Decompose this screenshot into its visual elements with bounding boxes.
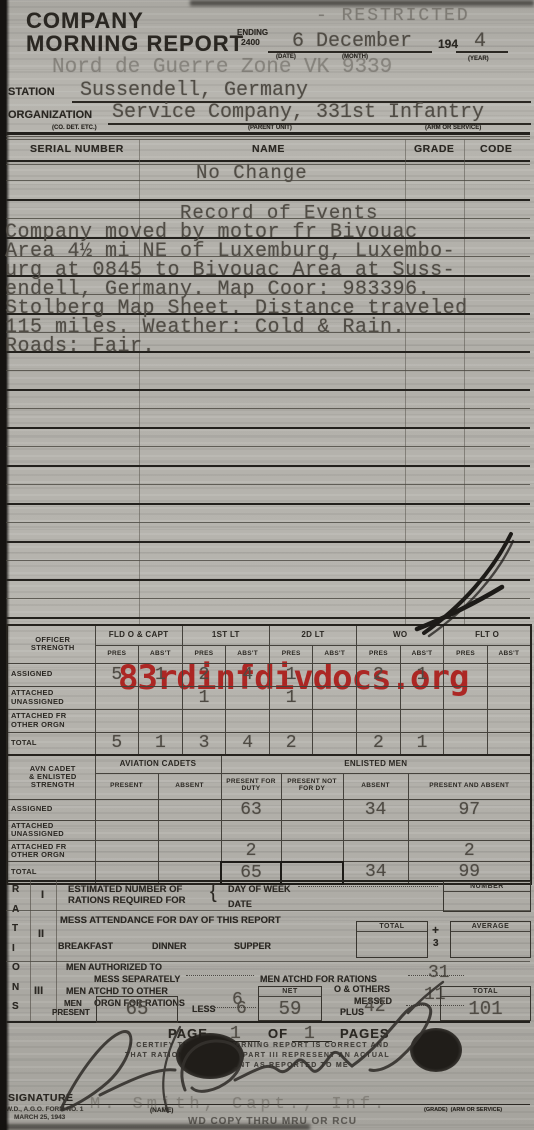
ruled-line — [6, 465, 530, 467]
strength-cell — [281, 799, 343, 820]
strength-cell — [95, 799, 158, 820]
ruled-line — [6, 579, 530, 581]
strength-cell — [226, 686, 270, 709]
strength-cell — [95, 820, 158, 840]
roster-col-name: NAME — [252, 143, 285, 155]
roster-divider-grade-code — [464, 139, 465, 624]
strength-cell — [139, 686, 183, 709]
strength-cell: 34 — [343, 799, 408, 820]
dinner-label: DINNER — [152, 941, 187, 951]
year-prefix: 194 — [438, 37, 458, 51]
roster-col-code: CODE — [480, 143, 512, 155]
strength-cell — [487, 686, 531, 709]
year-sub-label: (YEAR) — [468, 56, 489, 62]
number-box-label: NUMBER — [444, 882, 530, 892]
wd-copy-line: WD COPY THRU MRU OR RCU — [188, 1116, 357, 1127]
rations-numeral-1: I — [41, 889, 44, 901]
officer-group-2dlt: 2D LT — [269, 625, 356, 645]
strength-cell: 3 — [182, 732, 226, 755]
row-label: ATTACHED FR OTHER ORGN — [7, 840, 95, 862]
ruled-line — [6, 560, 530, 561]
organization-label: ORGANIZATION — [8, 109, 92, 121]
row-label: ASSIGNED — [7, 663, 95, 686]
column-subheader: PRES — [95, 645, 139, 663]
strength-cell: 1 — [269, 663, 313, 686]
less-value: 6 — [236, 999, 247, 1019]
roster-divider-name-grade — [405, 139, 406, 624]
strength-cell — [95, 686, 139, 709]
header-divider-heavy — [6, 132, 530, 135]
strength-cell: 2 — [357, 732, 401, 755]
strength-cell: 1 — [400, 732, 444, 755]
rations-total-value: 101 — [441, 998, 530, 1020]
ruled-line — [6, 484, 530, 485]
atchd-for-rations-line — [408, 975, 464, 976]
punch-hole-left — [176, 1033, 244, 1079]
atchd-other-line — [214, 1007, 256, 1008]
strength-cell — [95, 709, 139, 732]
rations1-line2: RATIONS REQUIRED FOR — [68, 895, 186, 906]
strength-cell — [357, 686, 401, 709]
column-subheader: ABS'T — [487, 645, 531, 663]
row-label: TOTAL — [7, 732, 95, 755]
rations1-brace: { — [210, 881, 217, 904]
average-box-label: AVERAGE — [451, 922, 530, 932]
present-label: PRESENT — [52, 1008, 90, 1017]
strength-cell: 4 — [226, 732, 270, 755]
strength-cell: 5 — [95, 732, 139, 755]
strength-cell — [400, 709, 444, 732]
day-of-week-line — [298, 886, 438, 887]
rations-bottom-rule — [6, 1021, 530, 1023]
signature-label: SIGNATURE — [8, 1092, 74, 1104]
rations-side-letter: N — [12, 982, 19, 993]
mess-attendance-heading: MESS ATTENDANCE FOR DAY OF THIS REPORT — [60, 915, 281, 926]
cert-line2: THAT RATION FIGURES IN PART III REPRESEN… — [125, 1052, 390, 1059]
rations-side-letter: O — [12, 962, 20, 973]
column-subheader: PRESENT AND ABSENT — [408, 773, 531, 799]
total-attendance-label: TOTAL — [357, 922, 427, 932]
column-subheader: ABSENT — [343, 773, 408, 799]
strength-cell: 4 — [226, 663, 270, 686]
row-label: ATTACHED UNASSIGNED — [7, 686, 95, 709]
cadet-group-enlisted: ENLISTED MEN — [221, 755, 531, 773]
strength-cell — [487, 732, 531, 755]
total-attendance-box: TOTAL — [356, 921, 428, 958]
men-present-box: 65 — [96, 996, 178, 1023]
ruled-line — [6, 199, 530, 201]
ruled-line — [6, 617, 530, 619]
others-line1: O & OTHERS — [334, 984, 390, 994]
plus-value: 42 — [364, 997, 386, 1017]
breakfast-label: BREAKFAST — [58, 941, 113, 951]
strength-cell: 2 — [182, 663, 226, 686]
ruled-line — [6, 389, 530, 391]
morning-report-scan: COMPANY MORNING REPORT - RESTRICTED ENDI… — [0, 0, 534, 1130]
officer-group-fldo: FLD O & CAPT — [95, 625, 182, 645]
atchd-other-line1: MEN ATCHD TO OTHER — [66, 986, 168, 996]
name-sub-label: (NAME) — [150, 1107, 173, 1114]
year-value: 4 — [474, 30, 486, 53]
strength-cell — [182, 709, 226, 732]
pen-checkmark — [417, 534, 513, 636]
strength-cell: 97 — [408, 799, 531, 820]
rations-numeral-3: III — [34, 985, 43, 997]
column-subheader: PRES — [357, 645, 401, 663]
strength-cell — [313, 686, 357, 709]
ruled-line — [6, 446, 530, 447]
mess-separately-line — [186, 975, 254, 976]
men-present-value: 65 — [97, 998, 177, 1020]
officer-group-flto: FLT O — [444, 625, 531, 645]
roster-col-grade: GRADE — [414, 143, 454, 155]
strength-cell — [487, 709, 531, 732]
strength-cell: 2 — [221, 840, 281, 862]
strength-cell — [408, 820, 531, 840]
plus-label: PLUS — [340, 1007, 364, 1017]
column-subheader: ABS'T — [400, 645, 444, 663]
org-sub-label-1: (CO. DET. ETC.) — [52, 125, 97, 131]
rations-side-letter: S — [12, 1001, 19, 1012]
organization-value: Service Company, 331st Infantry — [112, 101, 484, 124]
strength-cell — [281, 820, 343, 840]
rations-side-letter: T — [12, 923, 18, 934]
strength-cell — [487, 663, 531, 686]
rations-side-letter: R — [12, 884, 19, 895]
strength-cell: 5 — [95, 663, 139, 686]
strength-cell — [343, 820, 408, 840]
authorized-line1: MEN AUTHORIZED TO — [66, 962, 162, 972]
header-divider-light — [6, 136, 530, 137]
strength-cell: 63 — [221, 799, 281, 820]
rations-numeral-divider — [56, 880, 57, 1021]
column-subheader: PRES — [182, 645, 226, 663]
column-subheader: ABS'T — [139, 645, 183, 663]
column-subheader: PRES — [444, 645, 488, 663]
officer-group-wo: WO — [357, 625, 444, 645]
strength-cell — [343, 840, 408, 862]
ruled-line — [6, 598, 530, 599]
strength-cell: 1 — [139, 663, 183, 686]
punch-hole-right — [410, 1028, 462, 1072]
column-subheader: PRESENT — [95, 773, 158, 799]
ending-time: 2400 — [241, 37, 260, 47]
org-sub-label-2: (PARENT UNIT) — [248, 125, 292, 131]
pages-value: 1 — [304, 1024, 315, 1044]
form-date: MARCH 25, 1943 — [14, 1114, 65, 1121]
cert-line1: I CERTIFY THAT THIS MORNING REPORT IS CO… — [130, 1042, 389, 1049]
roster-no-change: No Change — [196, 162, 308, 184]
strength-cell: 1 — [400, 663, 444, 686]
divisor-value: 3 — [433, 938, 439, 949]
strength-cell: 1 — [139, 732, 183, 755]
officer-strength-table: OFFICER STRENGTH FLD O & CAPT 1ST LT 2D … — [6, 624, 532, 756]
typed-name: M. Smith, Capt., Inf. — [90, 1095, 388, 1114]
roster-divider-serial-name — [139, 139, 140, 624]
supper-label: SUPPER — [234, 941, 271, 951]
form-title-line2: MORNING REPORT — [26, 31, 244, 57]
number-box: NUMBER — [443, 881, 531, 912]
rations-numeral-2: II — [38, 928, 44, 940]
column-subheader: ABS'T — [226, 645, 270, 663]
day-of-week-label: DAY OF WEEK — [228, 884, 291, 894]
ruled-line — [6, 503, 530, 505]
strength-cell — [357, 709, 401, 732]
roster-header-top — [6, 139, 530, 140]
strength-cell — [313, 732, 357, 755]
pages-label: PAGES — [340, 1026, 390, 1041]
strength-cell — [158, 820, 221, 840]
ending-label: ENDING — [237, 28, 268, 37]
strength-cell — [221, 820, 281, 840]
authorized-line2: MESS SEPARATELY — [94, 974, 180, 984]
strength-cell — [313, 709, 357, 732]
row-label: ASSIGNED — [7, 799, 95, 820]
zone-line: Nord de Guerre Zone VK 9339 — [52, 56, 392, 79]
report-date: 6 December — [292, 30, 412, 53]
strength-cell — [444, 663, 488, 686]
strength-cell — [444, 732, 488, 755]
row-label: ATTACHED UNASSIGNED — [7, 820, 95, 840]
rations-letter-divider — [30, 880, 31, 1021]
row-label: ATTACHED FR OTHER ORGN — [7, 709, 95, 732]
rations-total-box: TOTAL 101 — [440, 986, 531, 1021]
strength-cell — [158, 799, 221, 820]
events-line: Roads: Fair. — [5, 335, 155, 358]
atchd-for-rations-value: 31 — [428, 963, 450, 983]
ruled-line — [6, 541, 530, 543]
grade-sub-label: (GRADE) (ARM OR SERVICE) — [424, 1107, 502, 1113]
strength-cell — [444, 686, 488, 709]
strength-cell — [281, 840, 343, 862]
date-label: DATE — [228, 899, 252, 909]
restricted-stamp: - RESTRICTED — [316, 6, 470, 26]
strength-cell — [400, 686, 444, 709]
strength-cell — [226, 709, 270, 732]
strength-cell — [313, 663, 357, 686]
org-sub-label-3: (ARM OR SERVICE) — [425, 125, 481, 131]
rations1-line1: ESTIMATED NUMBER OF — [68, 884, 182, 895]
form-number: W.D., A.G.O. FORM NO. 1 — [6, 1106, 83, 1113]
net-box: NET 59 — [258, 986, 322, 1021]
station-label: STATION — [8, 86, 55, 98]
strength-cell — [158, 840, 221, 862]
officer-group-1stlt: 1ST LT — [182, 625, 269, 645]
cadet-group-aviation: AVIATION CADETS — [95, 755, 221, 773]
rations-side-letter: A — [12, 904, 19, 915]
net-value: 59 — [259, 998, 321, 1020]
strength-cell: 2 — [357, 663, 401, 686]
strength-cell — [95, 840, 158, 862]
divisor-sign: + — [432, 923, 439, 937]
strength-cell: 2 — [408, 840, 531, 862]
atchd-for-rations-label: MEN ATCHD FOR RATIONS — [260, 974, 377, 984]
ruled-line — [6, 427, 530, 429]
strength-cell: 1 — [182, 686, 226, 709]
cadet-enlisted-table: AVN CADET & ENLISTED STRENGTH AVIATION C… — [6, 754, 532, 885]
column-subheader: PRESENT FOR DUTY — [221, 773, 281, 799]
strength-cell — [139, 709, 183, 732]
roster-col-serial: SERIAL NUMBER — [30, 143, 124, 155]
less-label: LESS — [192, 1004, 216, 1014]
of-label: OF — [268, 1026, 288, 1041]
strength-cell: 1 — [269, 686, 313, 709]
rations-side-letter: I — [12, 943, 15, 954]
cadet-table-title: AVN CADET & ENLISTED STRENGTH — [7, 755, 95, 799]
column-subheader: PRESENT NOT FOR DY — [281, 773, 343, 799]
men-label: MEN — [64, 999, 82, 1008]
average-box: AVERAGE — [450, 921, 531, 958]
rations-total-label: TOTAL — [441, 987, 530, 997]
strength-cell: 2 — [269, 732, 313, 755]
strength-cell — [269, 709, 313, 732]
officer-table-title: OFFICER STRENGTH — [7, 625, 95, 663]
net-box-label: NET — [259, 987, 321, 997]
ruled-line — [6, 408, 530, 409]
column-subheader: PRES — [269, 645, 313, 663]
column-subheader: ABS'T — [313, 645, 357, 663]
strength-cell — [444, 709, 488, 732]
ruled-line — [6, 522, 530, 523]
column-subheader: ABSENT — [158, 773, 221, 799]
station-value: Sussendell, Germany — [80, 79, 308, 102]
ruled-line — [6, 370, 530, 371]
